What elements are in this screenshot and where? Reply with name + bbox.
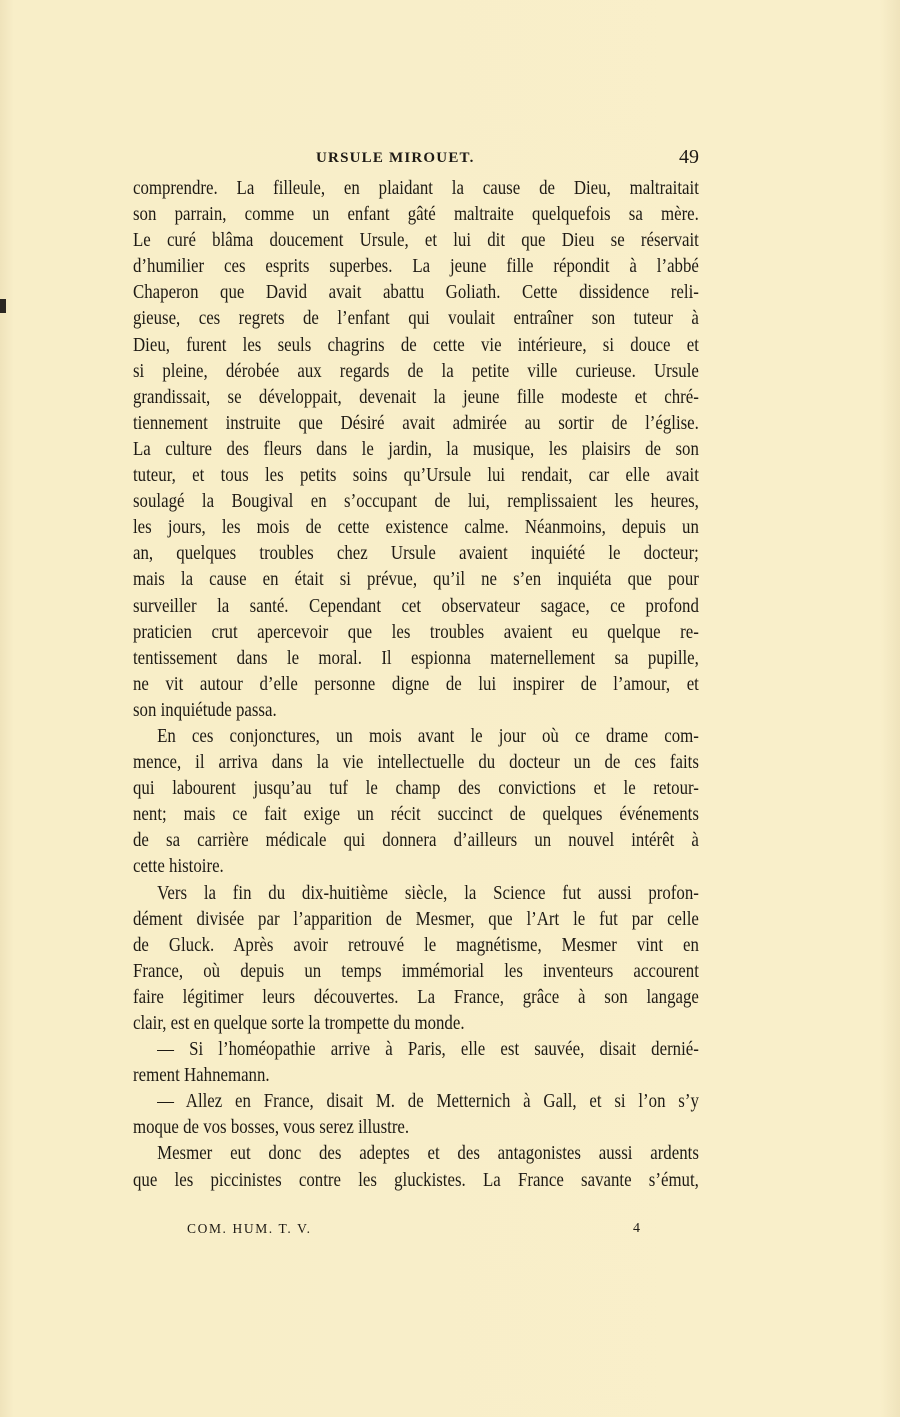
text-line: Chaperon que David avait abattu Goliath.… bbox=[133, 280, 699, 306]
text-line: soulagé la Bougival en s’occupant de lui… bbox=[133, 489, 699, 515]
margin-mark bbox=[0, 299, 6, 313]
text-line: rement Hahnemann. bbox=[133, 1063, 699, 1089]
text-line: — Si l’homéopathie arrive à Paris, elle … bbox=[133, 1037, 699, 1063]
text-line: clair, est en quelque sorte la trompette… bbox=[133, 1011, 699, 1037]
text-line: tentissement dans le moral. Il espionna … bbox=[133, 646, 699, 672]
text-line: Le curé blâma doucement Ursule, et lui d… bbox=[133, 228, 699, 254]
text-line: faire légitimer leurs découvertes. La Fr… bbox=[133, 985, 699, 1011]
text-line: — Allez en France, disait M. de Metterni… bbox=[133, 1089, 699, 1115]
printer-signature: COM. HUM. T. V. bbox=[187, 1221, 312, 1237]
text-line: France, où depuis un temps immémorial le… bbox=[133, 959, 699, 985]
text-line: surveiller la santé. Cependant cet obser… bbox=[133, 594, 699, 620]
text-line: qui labourent jusqu’au tuf le champ des … bbox=[133, 776, 699, 802]
sheet-number: 4 bbox=[633, 1221, 640, 1237]
text-line: que les piccinistes contre les gluckiste… bbox=[133, 1168, 699, 1194]
book-page: URSULE MIROUET. 49 comprendre. La filleu… bbox=[0, 0, 900, 1417]
text-line: de Gluck. Après avoir retrouvé le magnét… bbox=[133, 933, 699, 959]
text-line: son inquiétude passa. bbox=[133, 698, 699, 724]
text-line: nent; mais ce fait exige un récit succin… bbox=[133, 802, 699, 828]
text-line: mence, il arriva dans la vie intellectue… bbox=[133, 750, 699, 776]
page-footer: COM. HUM. T. V. 4 bbox=[133, 1221, 699, 1241]
text-line: En ces conjonctures, un mois avant le jo… bbox=[133, 724, 699, 750]
body-text: comprendre. La filleule, en plaidant la … bbox=[133, 176, 699, 1194]
text-line: grandissait, se développait, devenait la… bbox=[133, 385, 699, 411]
text-line: gieuse, ces regrets de l’enfant qui voul… bbox=[133, 306, 699, 332]
text-line: moque de vos bosses, vous serez illustre… bbox=[133, 1115, 699, 1141]
text-line: d’humilier ces esprits superbes. La jeun… bbox=[133, 254, 699, 280]
text-line: Dieu, furent les seuls chagrins de cette… bbox=[133, 333, 699, 359]
text-line: mais la cause en était si prévue, qu’il … bbox=[133, 567, 699, 593]
page-number: 49 bbox=[679, 146, 699, 169]
text-line: son parrain, comme un enfant gâté maltra… bbox=[133, 202, 699, 228]
page-header: URSULE MIROUET. 49 bbox=[133, 146, 699, 170]
running-title: URSULE MIROUET. bbox=[316, 150, 475, 167]
text-line: dément divisée par l’apparition de Mesme… bbox=[133, 907, 699, 933]
text-line: si pleine, dérobée aux regards de la pet… bbox=[133, 359, 699, 385]
text-line: ne vit autour d’elle personne digne de l… bbox=[133, 672, 699, 698]
text-line: comprendre. La filleule, en plaidant la … bbox=[133, 176, 699, 202]
text-line: La culture des fleurs dans le jardin, la… bbox=[133, 437, 699, 463]
text-line: tiennement instruite que Désiré avait ad… bbox=[133, 411, 699, 437]
text-line: Mesmer eut donc des adeptes et des antag… bbox=[133, 1141, 699, 1167]
text-line: cette histoire. bbox=[133, 854, 699, 880]
text-line: de sa carrière médicale qui donnera d’ai… bbox=[133, 828, 699, 854]
text-line: tuteur, et tous les petits soins qu’Ursu… bbox=[133, 463, 699, 489]
text-line: Vers la fin du dix-huitième siècle, la S… bbox=[133, 881, 699, 907]
text-line: praticien crut apercevoir que les troubl… bbox=[133, 620, 699, 646]
text-line: an, quelques troubles chez Ursule avaien… bbox=[133, 541, 699, 567]
text-line: les jours, les mois de cette existence c… bbox=[133, 515, 699, 541]
